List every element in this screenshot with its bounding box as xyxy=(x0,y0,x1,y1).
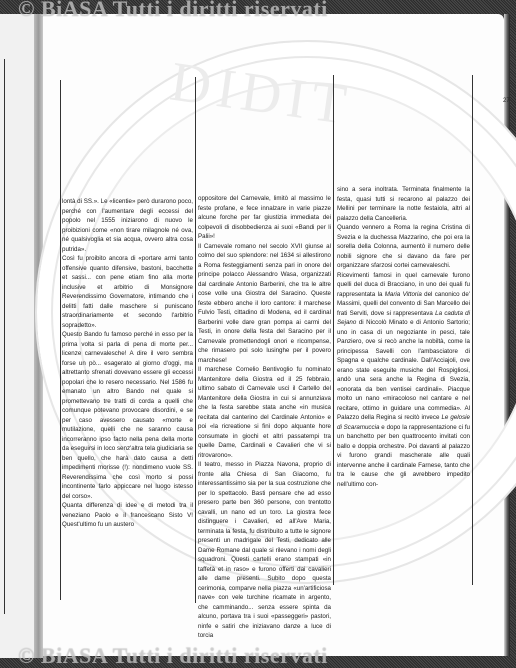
column-rule-middle-right xyxy=(333,75,334,585)
paragraph: Il marchese Cornelio Bentivoglio fu nomi… xyxy=(198,365,331,460)
paragraph: Ricevimenti famosi in quel carnevale fur… xyxy=(337,271,470,490)
paragraph: Quanta differenza di idee e di metodi tr… xyxy=(62,501,193,530)
page-right-edge xyxy=(504,14,510,656)
paragraph: Questo Bando fu famoso perché in esso pe… xyxy=(62,330,193,501)
text-column-3: sino a sera inoltrata. Terminata finalme… xyxy=(337,185,470,489)
book-spine-shadow xyxy=(34,14,43,658)
paragraph: Così fu proibito ancora di «portare armi… xyxy=(62,254,193,330)
paragraph: oppositore del Carnevale, limitò al mass… xyxy=(198,194,331,242)
paragraph: sino a sera inoltrata. Terminata finalme… xyxy=(337,185,470,223)
paragraph: Quando vennero a Roma la regina Cristina… xyxy=(337,223,470,271)
column-rule-left xyxy=(60,80,61,600)
paragraph: Il Carnevale romano nel secolo XVII giun… xyxy=(198,242,331,366)
page-number: 27 xyxy=(503,98,510,104)
watermark-bottom: © BiASA Tutti i diritti riservati xyxy=(18,643,328,668)
column-rule-middle-left xyxy=(195,77,196,603)
text-column-1: lontà di SS.». Le «licentie» però duraro… xyxy=(62,197,193,530)
watermark-top: © BiASA Tutti i diritti riservati xyxy=(18,0,328,22)
text-column-2: oppositore del Carnevale, limitò al mass… xyxy=(198,194,331,641)
previous-page-column-rule xyxy=(4,59,5,614)
paragraph: lontà di SS.». Le «licentie» però duraro… xyxy=(62,197,193,254)
paragraph: Il teatro, messo in Piazza Navona, propr… xyxy=(198,460,331,641)
column-rule-right xyxy=(472,75,473,585)
